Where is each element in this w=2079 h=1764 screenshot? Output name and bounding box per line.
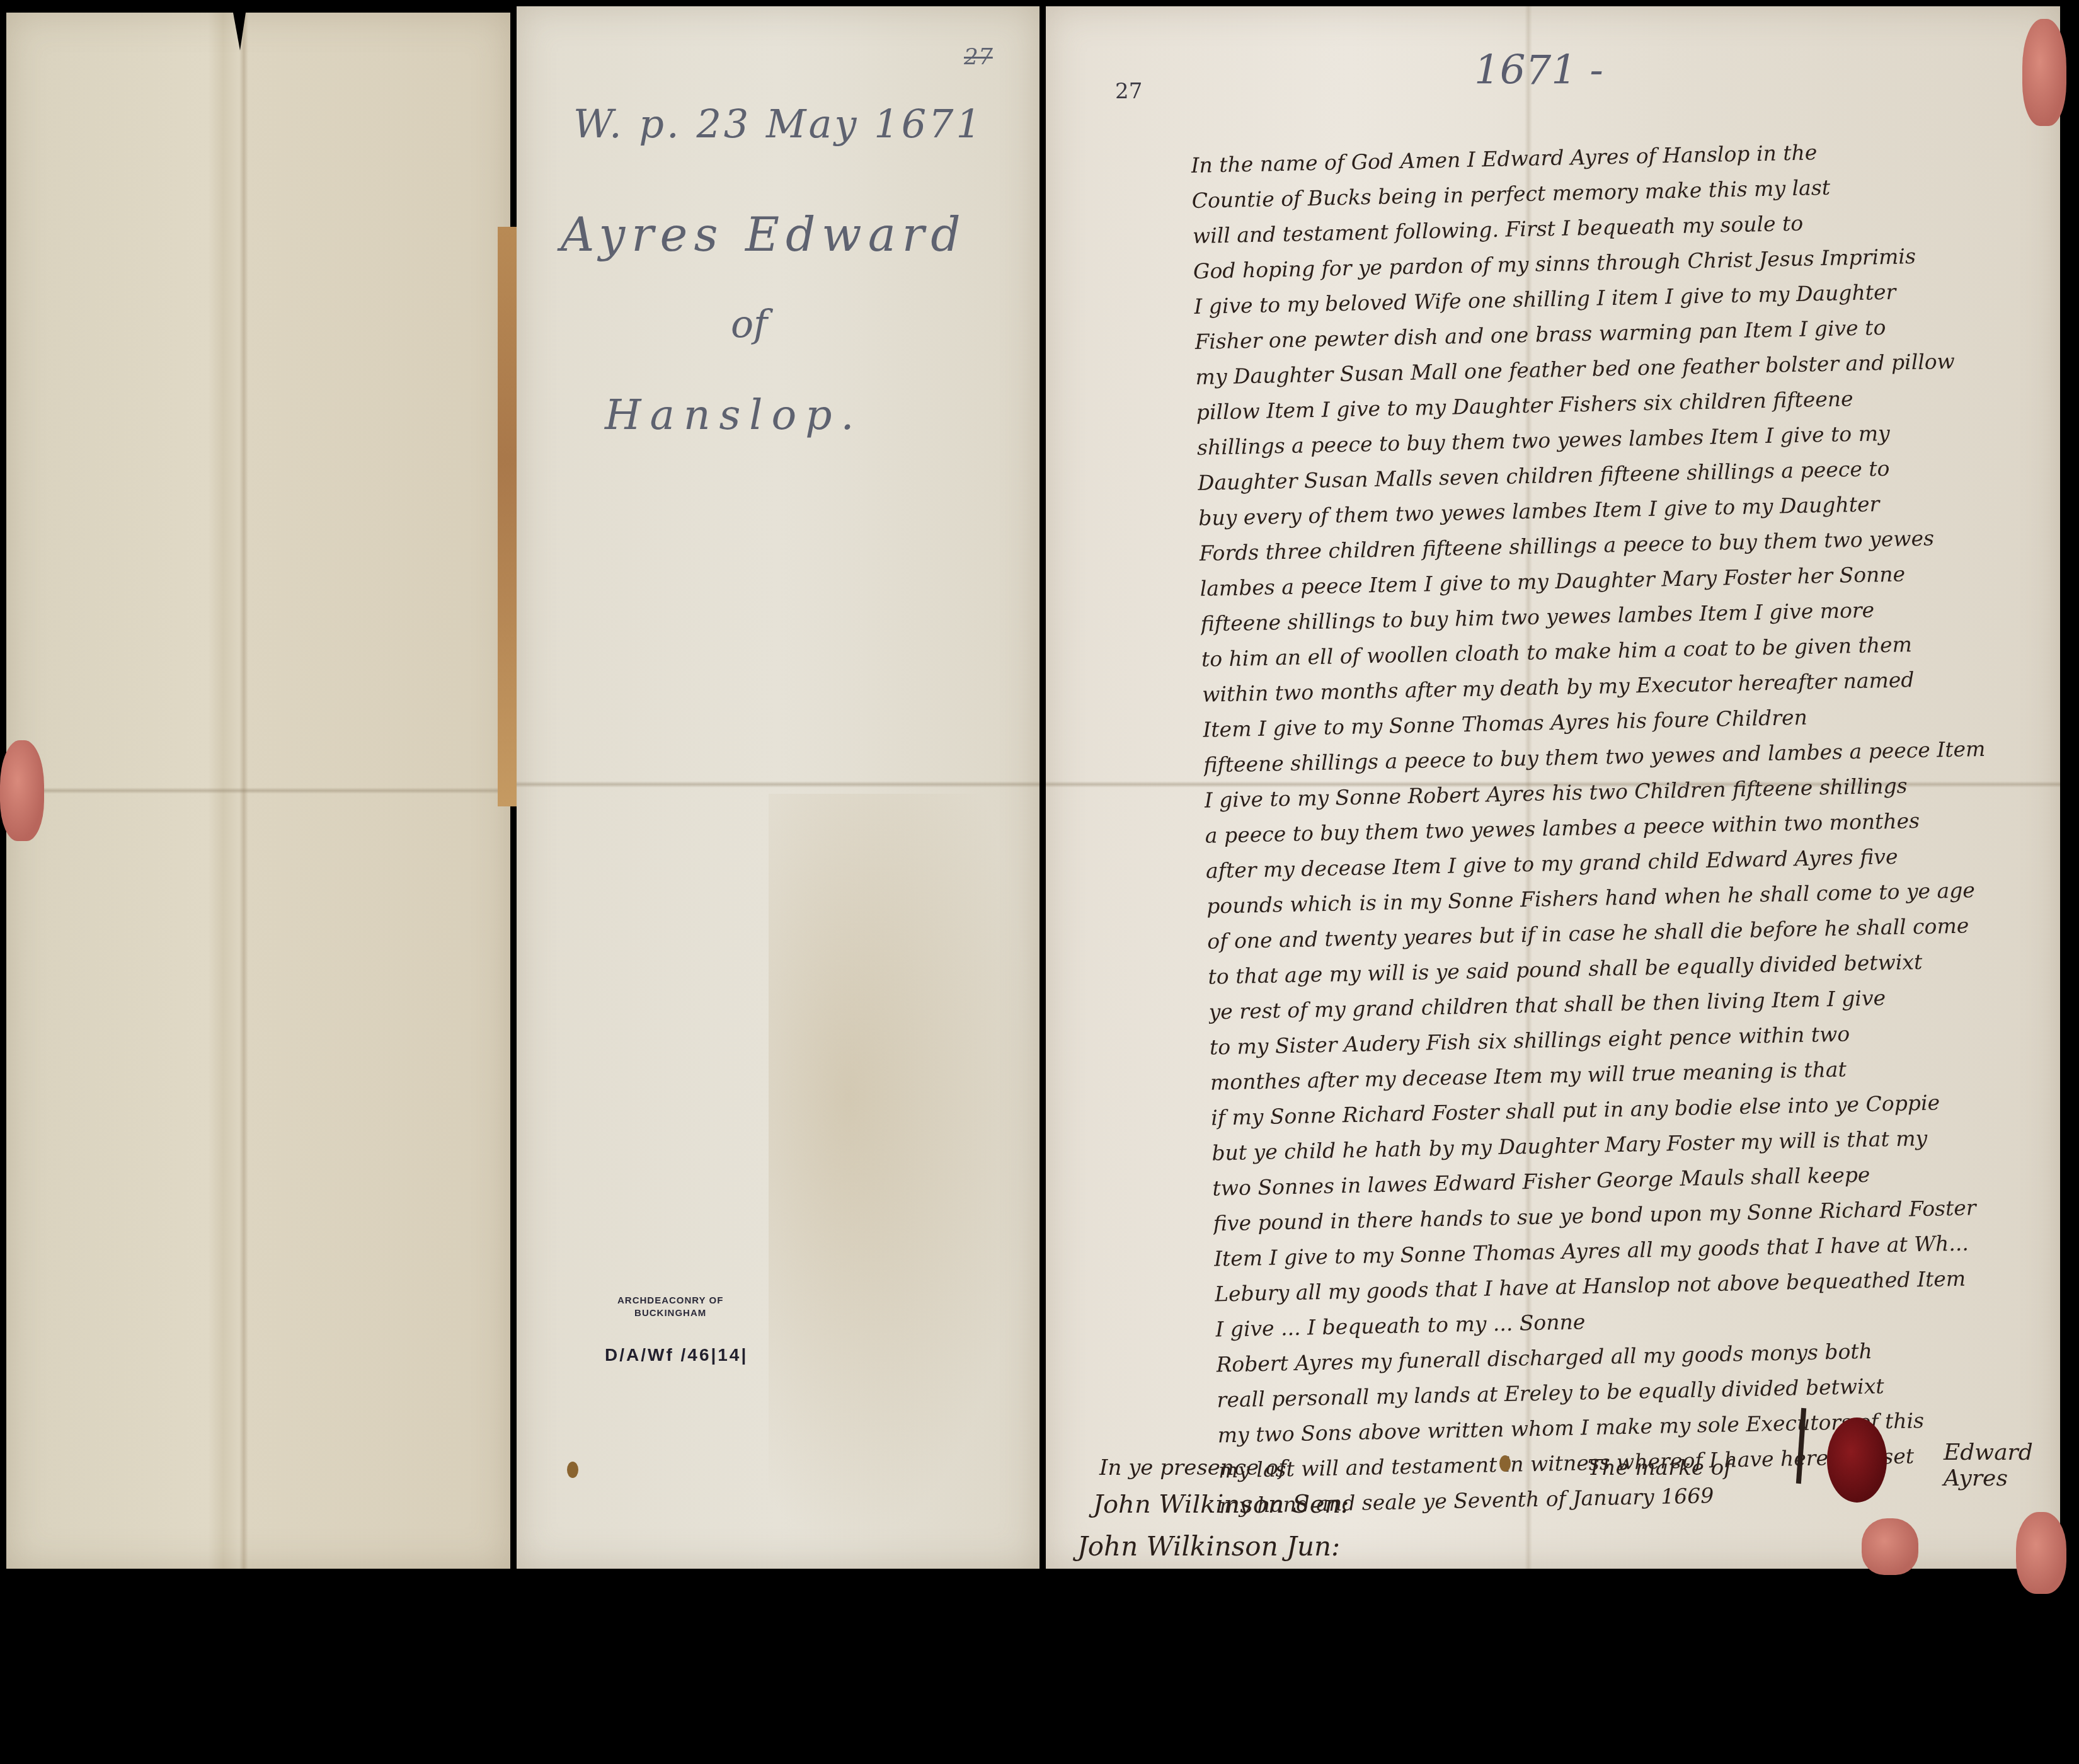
place-note: Hanslop.: [605, 391, 862, 439]
archive-reference: D/A/Wf /46|14|: [605, 1345, 748, 1365]
struck-folio-number: 27: [964, 44, 993, 70]
testator-name-note: Ayres Edward: [561, 208, 967, 262]
horizontal-fold-crease: [517, 781, 1039, 787]
foxing-stain: [769, 794, 1033, 1550]
endorsement-cover-panel: 27 W. p. 23 May 1671 Ayres Edward of Han…: [517, 6, 1039, 1569]
attestation-heading: In ye presence of: [1099, 1455, 1286, 1480]
finger: [0, 740, 44, 841]
witness-signature-2: John Wilkinson Jun:: [1077, 1531, 1340, 1562]
finger: [2016, 1512, 2066, 1594]
testator-name: Edward Ayres: [1944, 1440, 2060, 1491]
binding-strip: [498, 227, 517, 806]
will-page: 27 1671 - In the name of God Amen I Edwa…: [1046, 6, 2060, 1569]
pin-hole: [567, 1462, 578, 1478]
wax-seal: [1827, 1417, 1887, 1503]
year-annotation: 1671 -: [1474, 47, 1603, 94]
horizontal-fold-crease: [6, 787, 510, 794]
mark-label: The marke of: [1588, 1455, 1732, 1480]
archive-stamp: ARCHDEACONRY OF BUCKINGHAM: [617, 1295, 723, 1320]
will-text: In the name of God Amen I Edward Ayres o…: [1191, 130, 2076, 1524]
stamp-line-2: BUCKINGHAM: [617, 1307, 723, 1320]
of-note: of: [731, 302, 767, 346]
document-photo: 27 W. p. 23 May 1671 Ayres Edward of Han…: [0, 0, 2079, 1764]
finger: [1862, 1518, 1918, 1575]
left-folded-panel: [6, 13, 510, 1569]
folio-number: 27: [1115, 79, 1142, 104]
probate-date-note: W. p. 23 May 1671: [573, 101, 983, 147]
pin-hole: [1499, 1455, 1511, 1472]
witness-signature-1: John Wilkinson Sen:: [1093, 1490, 1349, 1519]
stamp-line-1: ARCHDEACONRY OF: [617, 1295, 723, 1307]
finger: [2022, 19, 2066, 126]
